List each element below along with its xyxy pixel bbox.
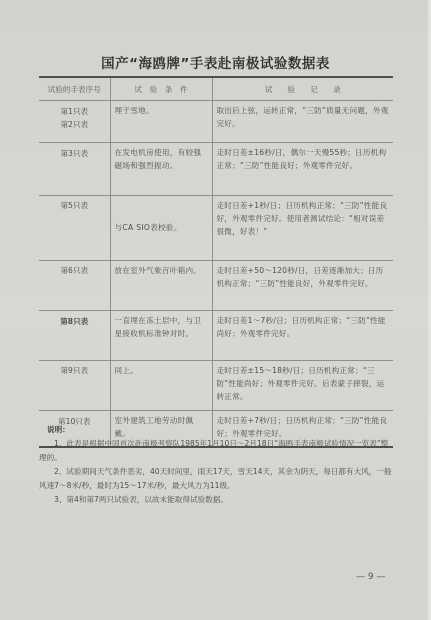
table-row: 第6只表 放在室外气象百叶箱内。 走时日差+50～120秒/日，日差逐渐加大；日… (39, 261, 393, 311)
table-row: 第1只表 第2只表 埋于雪地。 取出后上弦，运转正常，“三防”质量无问题，外观完… (39, 101, 393, 143)
table-row: 第8只表 一直埋在冻土层中，与卫星接收机标准钟对时。 走时日差1～7秒/日；日历… (39, 311, 393, 361)
watch-number: 第8只表 (43, 315, 106, 328)
test-condition: 同上。 (110, 361, 212, 411)
test-record: 走时日差1～7秒/日；日历机构正常；“三防”性能尚好；外观零件完好。 (212, 311, 393, 361)
watch-number-cell: 第3只表 (39, 143, 110, 196)
watch-number: 第2只表 (43, 118, 106, 131)
watch-number: 第5只表 (43, 199, 106, 212)
test-condition: 与CA SIO表校验。 (110, 196, 212, 261)
test-condition: 在发电机房使用，有较强磁场和强烈振动。 (110, 143, 212, 196)
watch-number-cell: 第5只表 (39, 196, 110, 261)
watch-test-data-table: 试验的手表序号 试 验 条 件 试 验 记 录 第1只表 第2只表 埋于雪地。 … (39, 76, 393, 448)
test-record: 取出后上弦，运转正常，“三防”质量无问题，外观完好。 (212, 101, 393, 143)
table-header-row: 试验的手表序号 试 验 条 件 试 验 记 录 (39, 77, 393, 101)
watch-number-cell: 第1只表 第2只表 (39, 101, 110, 143)
table-row: 第5只表 与CA SIO表校验。 走时日差+1秒/日；日历机构正常；“三防”性能… (39, 196, 393, 261)
watch-number-cell: 第8只表 (39, 311, 110, 361)
watch-number: 第9只表 (43, 364, 106, 377)
header-test-condition: 试 验 条 件 (110, 77, 212, 101)
notes-section: 说明： 1、此表是根据中国首次赴南极考察队1985年1月10日～2月18日“海鸥… (39, 423, 395, 507)
test-condition: 放在室外气象百叶箱内。 (110, 261, 212, 311)
note-item: 3、第4和第7两只试验表，以故未能取得试验数据。 (39, 493, 395, 507)
header-test-record: 试 验 记 录 (212, 77, 393, 101)
test-record: 走时日差+50～120秒/日，日差逐渐加大；日历机构正常；“三防”性能良好，外观… (212, 261, 393, 311)
watch-number-cell: 第6只表 (39, 261, 110, 311)
table-row: 第9只表 同上。 走时日差±15～18秒/日；日历机构正常；“三防”性能尚好；外… (39, 361, 393, 411)
watch-number-cell: 第9只表 (39, 361, 110, 411)
test-record: 走时日差±16秒/日，偶尔一天慢55秒；日历机构正常；“三防”性能良好；外观零件… (212, 143, 393, 196)
header-watch-number: 试验的手表序号 (39, 77, 110, 101)
page-number: — 9 — (356, 572, 385, 582)
note-item: 1、此表是根据中国首次赴南极考察队1985年1月10日～2月18日“海鸥手表南极… (39, 437, 395, 465)
document-page: 国产“海鸥牌”手表赴南极试验数据表 试验的手表序号 试 验 条 件 试 验 记 … (0, 0, 431, 620)
watch-number: 第3只表 (43, 147, 106, 160)
test-condition: 一直埋在冻土层中，与卫星接收机标准钟对时。 (110, 311, 212, 361)
note-item: 2、试验期间天气条件恶劣，40天时间里，雨天17天，雪天14天，其余为阴天，每日… (39, 465, 395, 493)
page-title: 国产“海鸥牌”手表赴南极试验数据表 (0, 52, 431, 72)
watch-number: 第1只表 (43, 105, 106, 118)
test-condition: 埋于雪地。 (110, 101, 212, 143)
table-row: 第3只表 在发电机房使用，有较强磁场和强烈振动。 走时日差±16秒/日，偶尔一天… (39, 143, 393, 196)
notes-heading: 说明： (39, 423, 395, 437)
test-record: 走时日差±15～18秒/日；日历机构正常；“三防”性能尚好；外观零件完好。后表蒙… (212, 361, 393, 411)
watch-number: 第6只表 (43, 264, 106, 277)
test-record: 走时日差+1秒/日；日历机构正常；“三防”性能良好，外观零件完好。使用者测试结论… (212, 196, 393, 261)
